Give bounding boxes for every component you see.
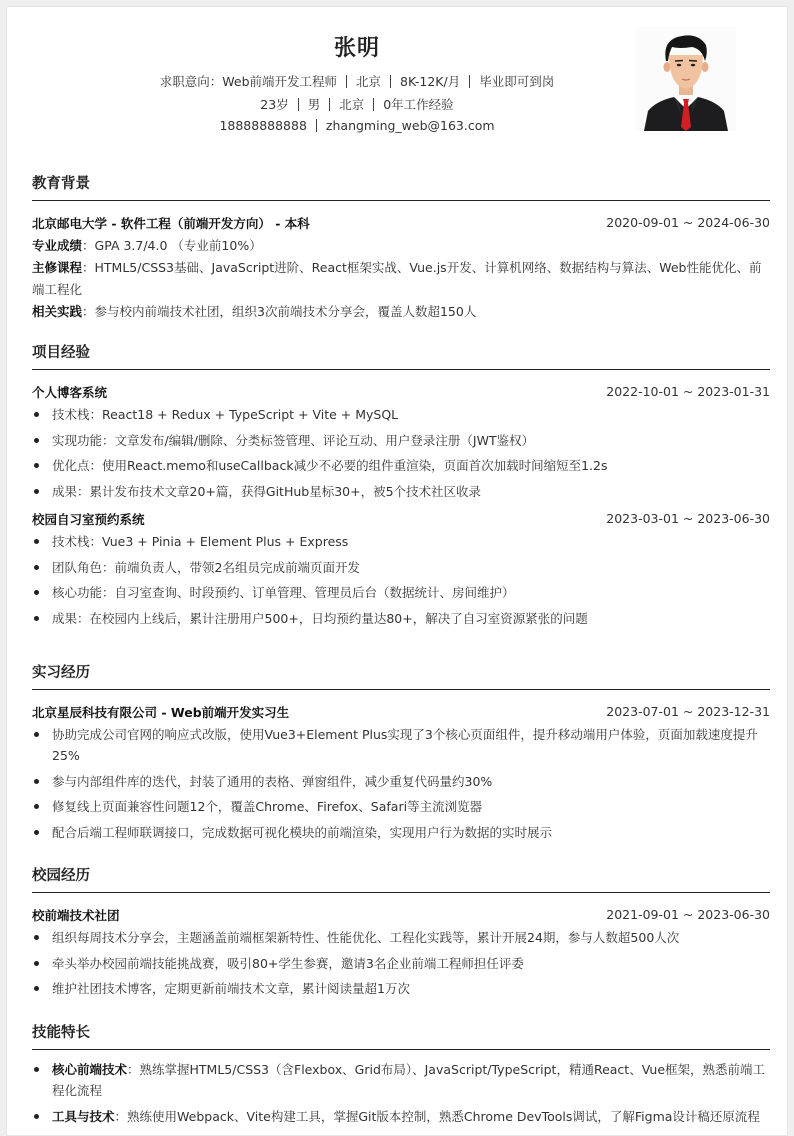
education-item-header: 北京邮电大学 - 软件工程（前端开发方向） - 本科 2020-09-01 ~ … [32, 210, 770, 235]
list-item: 工具与技术：熟练使用Webpack、Vite构建工具，掌握Git版本控制，熟悉C… [32, 1106, 770, 1124]
expected-salary: 8K-12K/月 [400, 74, 460, 89]
projects-section: 项目经验 个人博客系统 2022-10-01 ~ 2023-01-31 技术栈：… [32, 342, 770, 633]
divider [390, 75, 391, 88]
section-title: 技能特长 [32, 1022, 770, 1050]
basic-info-line: 23岁男北京0年工作经验 [32, 95, 682, 113]
location: 北京 [339, 97, 364, 112]
contact-line: 18888888888zhangming_web@163.com [32, 118, 682, 133]
education-section: 教育背景 北京邮电大学 - 软件工程（前端开发方向） - 本科 2020-09-… [32, 173, 770, 323]
section-title: 项目经验 [32, 342, 770, 370]
project-header: 校园自习室预约系统 2023-03-01 ~ 2023-06-30 [32, 506, 770, 531]
list-item: 成果：累计发布技术文章20+篇，获得GitHub星标30+，被5个技术社区收录 [32, 481, 770, 502]
education-detail: 主修课程：HTML5/CSS3基础、JavaScript进阶、React框架实战… [32, 257, 770, 301]
section-title: 实习经历 [32, 662, 770, 690]
list-item: 参与内部组件库的迭代，封装了通用的表格、弹窗组件，减少重复代码量约30% [32, 771, 770, 792]
list-item: 团队角色：前端负责人，带领2名组员完成前端页面开发 [32, 557, 770, 578]
project-name: 个人博客系统 [32, 383, 107, 401]
list-item: 协助完成公司官网的响应式改版，使用Vue3+Element Plus实现了3个核… [32, 724, 770, 766]
list-item: 修复线上页面兼容性问题12个，覆盖Chrome、Firefox、Safari等主… [32, 796, 770, 817]
list-item: 优化点：使用React.memo和useCallback减少不必要的组件重渲染，… [32, 455, 770, 476]
email-address: zhangming_web@163.com [326, 118, 495, 133]
divider [329, 98, 330, 111]
intended-city: 北京 [356, 74, 381, 89]
candidate-name: 张明 [32, 31, 682, 62]
work-experience: 0年工作经验 [383, 97, 453, 112]
education-detail: 相关实践：参与校内前端技术社团，组织3次前端技术分享会，覆盖人数超150人 [32, 301, 770, 323]
date-range: 2023-07-01 ~ 2023-12-31 [606, 704, 770, 719]
list-item: 组织每周技术分享会，主题涵盖前端框架新特性、性能优化、工程化实践等，累计开展24… [32, 927, 770, 948]
list-item: 配合后端工程师联调接口，完成数据可视化模块的前端渲染，实现用户行为数据的实时展示 [32, 822, 770, 843]
date-range: 2022-10-01 ~ 2023-01-31 [606, 384, 770, 399]
list-item: 核心前端技术：熟练掌握HTML5/CSS3（含Flexbox、Grid布局）、J… [32, 1059, 770, 1101]
organization-name: 校前端技术社团 [32, 906, 120, 924]
divider [346, 75, 347, 88]
list-item: 核心功能：自习室查询、时段预约、订单管理、管理员后台（数据统计、房间维护） [32, 582, 770, 603]
job-intention: 求职意向：Web前端开发工程师 [160, 74, 337, 89]
gender: 男 [308, 97, 321, 112]
date-range: 2021-09-01 ~ 2023-06-30 [606, 907, 770, 922]
avatar [636, 27, 736, 131]
phone-number: 18888888888 [219, 118, 306, 133]
list-item: 维护社团技术博客，定期更新前端技术文章，累计阅读量超1万次 [32, 978, 770, 999]
company-position: 北京星辰科技有限公司 - Web前端开发实习生 [32, 703, 289, 721]
campus-section: 校园经历 校前端技术社团 2021-09-01 ~ 2023-06-30 组织每… [32, 865, 770, 1004]
internship-bullets: 协助完成公司官网的响应式改版，使用Vue3+Element Plus实现了3个核… [32, 724, 770, 843]
list-item: 成果：在校园内上线后，累计注册用户500+，日均预约量达80+，解决了自习室资源… [32, 608, 770, 629]
project-bullets: 技术栈：React18 + Redux + TypeScript + Vite … [32, 404, 770, 502]
project-name: 校园自习室预约系统 [32, 510, 145, 528]
project-header: 个人博客系统 2022-10-01 ~ 2023-01-31 [32, 379, 770, 404]
internship-section: 实习经历 北京星辰科技有限公司 - Web前端开发实习生 2023-07-01 … [32, 662, 770, 847]
project-bullets: 技术栈：Vue3 + Pinia + Element Plus + Expres… [32, 531, 770, 629]
divider [316, 119, 317, 132]
list-item: 实现功能：文章发布/编辑/删除、分类标签管理、评论互动、用户登录注册（JWT鉴权… [32, 430, 770, 451]
divider [373, 98, 374, 111]
age: 23岁 [260, 97, 288, 112]
date-range: 2023-03-01 ~ 2023-06-30 [606, 511, 770, 526]
availability: 毕业即可到岗 [479, 74, 554, 89]
resume-header: 张明 求职意向：Web前端开发工程师北京8K-12K/月毕业即可到岗 23岁男北… [32, 7, 770, 157]
divider [298, 98, 299, 111]
date-range: 2020-09-01 ~ 2024-06-30 [606, 215, 770, 230]
campus-header: 校前端技术社团 2021-09-01 ~ 2023-06-30 [32, 902, 770, 927]
education-detail: 专业成绩：GPA 3.7/4.0 （专业前10%） [32, 235, 770, 257]
skills-section: 技能特长 核心前端技术：熟练掌握HTML5/CSS3（含Flexbox、Grid… [32, 1022, 770, 1123]
avatar-portrait-icon [636, 27, 736, 131]
list-item: 技术栈：Vue3 + Pinia + Element Plus + Expres… [32, 531, 770, 552]
section-title: 校园经历 [32, 865, 770, 893]
skills-bullets: 核心前端技术：熟练掌握HTML5/CSS3（含Flexbox、Grid布局）、J… [32, 1059, 770, 1123]
resume-page: 张明 求职意向：Web前端开发工程师北京8K-12K/月毕业即可到岗 23岁男北… [6, 6, 788, 1123]
internship-header: 北京星辰科技有限公司 - Web前端开发实习生 2023-07-01 ~ 202… [32, 699, 770, 724]
list-item: 牵头举办校园前端技能挑战赛，吸引80+学生参赛，邀请3名企业前端工程师担任评委 [32, 953, 770, 974]
job-intention-line: 求职意向：Web前端开发工程师北京8K-12K/月毕业即可到岗 [32, 72, 682, 90]
list-item: 技术栈：React18 + Redux + TypeScript + Vite … [32, 404, 770, 425]
section-title: 教育背景 [32, 173, 770, 201]
school-degree: 北京邮电大学 - 软件工程（前端开发方向） - 本科 [32, 214, 310, 232]
divider [469, 75, 470, 88]
campus-bullets: 组织每周技术分享会，主题涵盖前端框架新特性、性能优化、工程化实践等，累计开展24… [32, 927, 770, 999]
